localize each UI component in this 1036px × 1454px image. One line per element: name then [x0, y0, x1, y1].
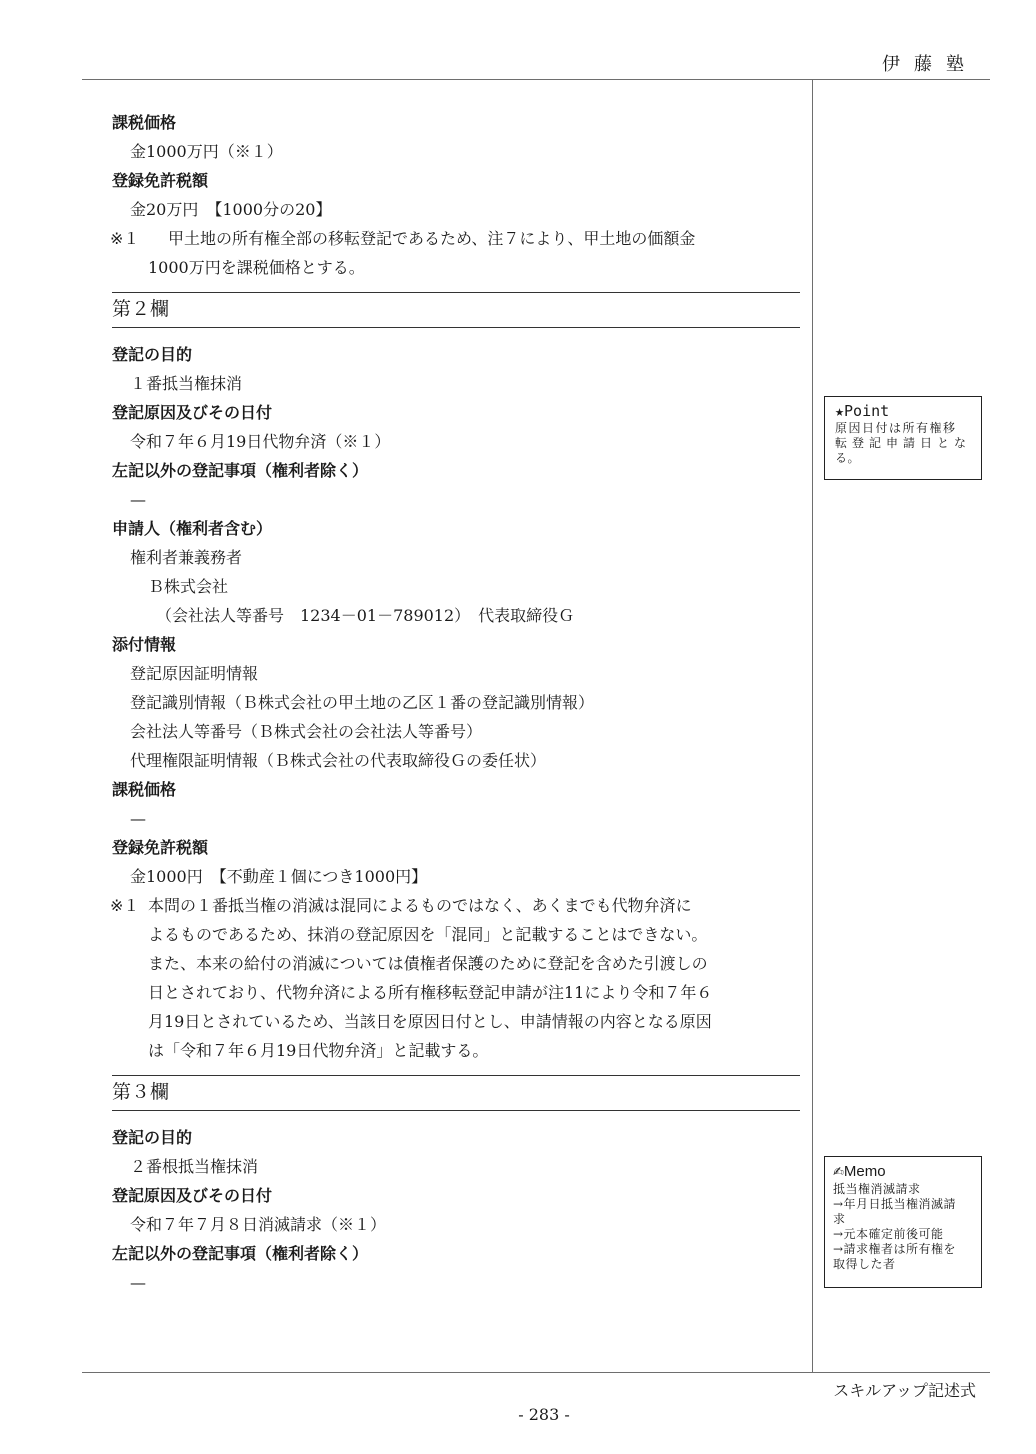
attachment-item: 会社法人等番号（Ｂ株式会社の会社法人等番号）: [112, 717, 800, 746]
applicant-role: 権利者兼義務者: [112, 543, 800, 572]
point-line: 原因日付は所有権移: [835, 421, 975, 436]
footer-series: スキルアップ記述式: [833, 1378, 976, 1401]
footnote-mark: ※１: [110, 891, 139, 920]
memo-line: →元本確定前後可能: [833, 1227, 975, 1242]
memo-line: →請求権者は所有権を: [833, 1242, 975, 1257]
attachment-item: 登記原因証明情報: [112, 659, 800, 688]
footnote-mark: ※１: [110, 224, 139, 253]
header-rule: [82, 79, 990, 80]
memo-line: 取得した者: [833, 1257, 975, 1272]
footnote-line: 月19日とされているため、当該日を原因日付とし、申請情報の内容となる原因: [148, 1007, 800, 1036]
attachment-item: 代理権限証明情報（Ｂ株式会社の代表取締役Ｇの委任状）: [112, 746, 800, 775]
point-line: 転登記申請日とな: [835, 436, 975, 451]
registration-tax: 金1000円 【不動産１個につき1000円】: [112, 862, 800, 891]
taxable-value: 金1000万円（※１）: [112, 137, 800, 166]
point-line: る。: [835, 451, 975, 466]
heading-taxable-value: 課税価格: [112, 108, 800, 137]
page-number: - 283 -: [0, 1405, 1036, 1424]
pen-icon: ✍: [833, 1164, 844, 1179]
heading-attachments: 添付情報: [112, 630, 800, 659]
heading-other-matters: 左記以外の登記事項（権利者除く）: [112, 456, 800, 485]
attachment-item: 登記識別情報（Ｂ株式会社の甲土地の乙区１番の登記識別情報）: [112, 688, 800, 717]
heading-registration-tax: 登録免許税額: [112, 166, 800, 195]
applicant-name: Ｂ株式会社: [112, 572, 800, 601]
heading-purpose: 登記の目的: [112, 1123, 800, 1152]
purpose: ２番根抵当権抹消: [112, 1152, 800, 1181]
cause: 令和７年７月８日消滅請求（※１）: [112, 1210, 800, 1239]
point-box: ★Point 原因日付は所有権移 転登記申請日とな る。: [824, 396, 982, 480]
section-header: 第３欄: [112, 1075, 800, 1111]
header-brand: 伊藤塾: [882, 50, 978, 76]
footnote: ※１ 本問の１番抵当権の消滅は混同によるものではなく、あくまでも代物弁済に よる…: [112, 891, 800, 1065]
applicant-detail: （会社法人等番号 1234－01－789012） 代表取締役Ｇ: [112, 601, 800, 630]
section-header: 第２欄: [112, 292, 800, 328]
heading-cause: 登記原因及びその日付: [112, 398, 800, 427]
heading-cause: 登記原因及びその日付: [112, 1181, 800, 1210]
main-content: 課税価格 金1000万円（※１） 登録免許税額 金20万円 【1000分の20】…: [112, 108, 800, 1297]
footer-rule: [82, 1372, 990, 1373]
heading-purpose: 登記の目的: [112, 340, 800, 369]
heading-applicant: 申請人（権利者含む）: [112, 514, 800, 543]
footnote-line: 日とされており、代物弁済による所有権移転登記申請が注11により令和７年６: [148, 978, 800, 1007]
registration-tax: 金20万円 【1000分の20】: [112, 195, 800, 224]
memo-box: ✍Memo 抵当権消滅請求 →年月日抵当権消滅請 求 →元本確定前後可能 →請求…: [824, 1156, 982, 1288]
memo-line: →年月日抵当権消滅請: [833, 1197, 975, 1212]
footnote-line: は「令和７年６月19日代物弁済」と記載する。: [148, 1036, 800, 1065]
heading-other-matters: 左記以外の登記事項（権利者除く）: [112, 1239, 800, 1268]
margin-divider: [812, 79, 813, 1372]
purpose: １番抵当権抹消: [112, 369, 800, 398]
footnote: ※１ 甲土地の所有権全部の移転登記であるため、注７により、甲土地の価額金 100…: [112, 224, 800, 282]
footnote-line: 1000万円を課税価格とする。: [148, 253, 800, 282]
memo-line: 求: [833, 1212, 975, 1227]
footnote-line: 本問の１番抵当権の消滅は混同によるものではなく、あくまでも代物弁済に: [148, 891, 800, 920]
heading-registration-tax: 登録免許税額: [112, 833, 800, 862]
other-matters: —: [112, 1268, 800, 1297]
memo-title: Memo: [844, 1163, 886, 1180]
memo-line: 抵当権消滅請求: [833, 1182, 975, 1197]
cause: 令和７年６月19日代物弁済（※１）: [112, 427, 800, 456]
point-title: ★Point: [835, 402, 975, 421]
footnote-line: 甲土地の所有権全部の移転登記であるため、注７により、甲土地の価額金: [148, 224, 800, 253]
memo-header: ✍Memo: [833, 1162, 975, 1182]
footnote-line: よるものであるため、抹消の登記原因を「混同」と記載することはできない。: [148, 920, 800, 949]
footnote-line: また、本来の給付の消滅については債権者保護のために登記を含めた引渡しの: [148, 949, 800, 978]
other-matters: —: [112, 485, 800, 514]
heading-taxable-value: 課税価格: [112, 775, 800, 804]
taxable-value: —: [112, 804, 800, 833]
